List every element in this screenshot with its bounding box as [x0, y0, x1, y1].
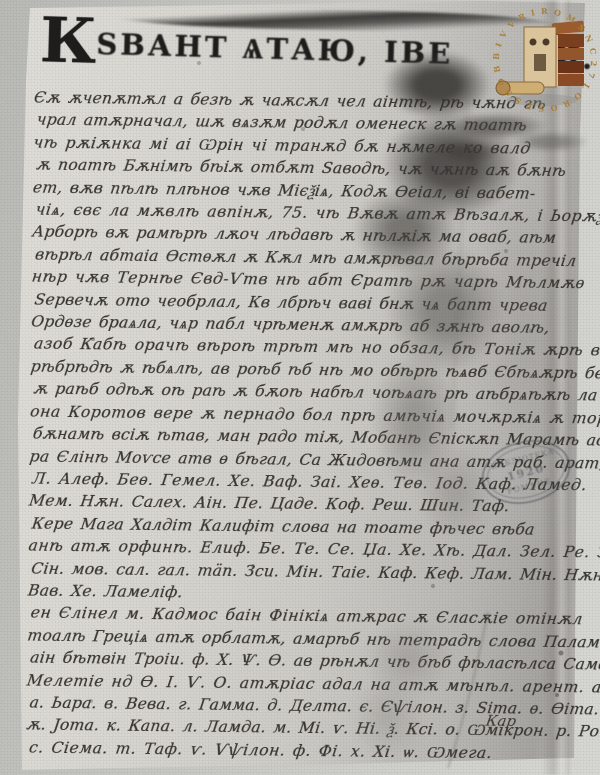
watermark-graphic: B I V V R I R O M S N C 2 7 L O R O S E …	[490, 2, 600, 118]
ink-speckles	[0, 0, 2, 2]
library-watermark: B I V V R I R O M S N C 2 7 L O R O S E …	[490, 2, 600, 118]
ink-stain-bottom	[318, 598, 493, 770]
title-initial-letter: К	[39, 14, 97, 68]
manuscript-photo: К ЅВАНТ ѦТАЮ, ІВЕ ѢЙ. Єѫ ѫчепѫтѫл а безѣ…	[0, 0, 600, 775]
